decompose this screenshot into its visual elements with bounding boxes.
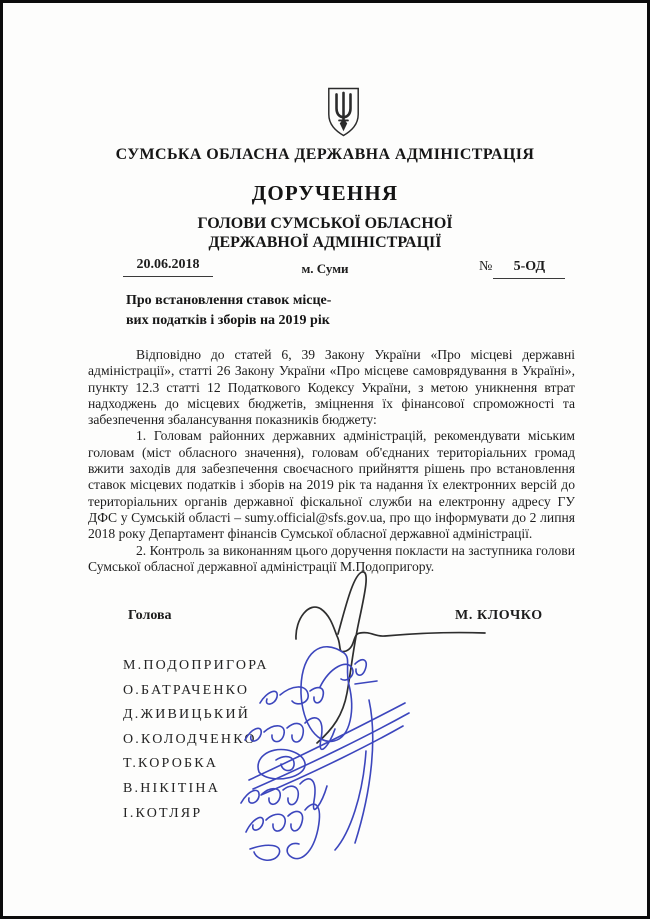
body-paragraph: 2. Контроль за виконанням цього дорученн… [88,543,575,576]
document-type-title: ДОРУЧЕННЯ [3,181,647,206]
recipient-name: О.КОЛОДЧЕНКО [123,728,269,753]
recipient-name: І.КОТЛЯР [123,802,269,827]
body-paragraph: Відповідно до статей 6, 39 Закону Україн… [88,347,575,428]
number-sign: № [479,259,492,274]
recipient-name: Д.ЖИВИЦЬКИЙ [123,703,269,728]
document-meta-row: 20.06.2018 м. Суми №5-ОД [3,257,647,281]
document-body: Відповідно до статей 6, 39 Закону Україн… [88,347,575,575]
ukraine-trident-emblem-icon [325,87,362,137]
document-number: 5-ОД [493,259,565,279]
recipient-name: М.ПОДОПРИГОРА [123,654,269,679]
document-subject-line2: вих податків і зборів на 2019 рік [126,311,331,331]
organization-name: СУМСЬКА ОБЛАСНА ДЕРЖАВНА АДМІНІСТРАЦІЯ [3,146,647,164]
signer-name: М. КЛОЧКО [455,608,543,624]
document-subject: Про встановлення ставок місце- вих подат… [126,291,331,330]
signer-title: Голова [128,608,172,624]
signer-row: Голова М. КЛОЧКО [3,608,647,628]
document-number-block: №5-ОД [479,259,565,279]
document-subtitle-line2: ДЕРЖАВНОЇ АДМІНІСТРАЦІЇ [3,233,647,252]
body-paragraph: 1. Головам районних державних адміністра… [88,428,575,542]
recipient-name: О.БАТРАЧЕНКО [123,679,269,704]
recipient-name: Т.КОРОБКА [123,752,269,777]
recipient-name: В.НІКІТІНА [123,777,269,802]
signature-black-ink [296,572,485,743]
document-subject-line1: Про встановлення ставок місце- [126,291,331,311]
document-subtitle: ГОЛОВИ СУМСЬКОЇ ОБЛАСНОЇ ДЕРЖАВНОЇ АДМІН… [3,214,647,252]
recipients-list: М.ПОДОПРИГОРАО.БАТРАЧЕНКОД.ЖИВИЦЬКИЙО.КО… [123,654,269,826]
document-subtitle-line1: ГОЛОВИ СУМСЬКОЇ ОБЛАСНОЇ [3,214,647,233]
scanned-document-page: СУМСЬКА ОБЛАСНА ДЕРЖАВНА АДМІНІСТРАЦІЯ Д… [0,0,650,919]
